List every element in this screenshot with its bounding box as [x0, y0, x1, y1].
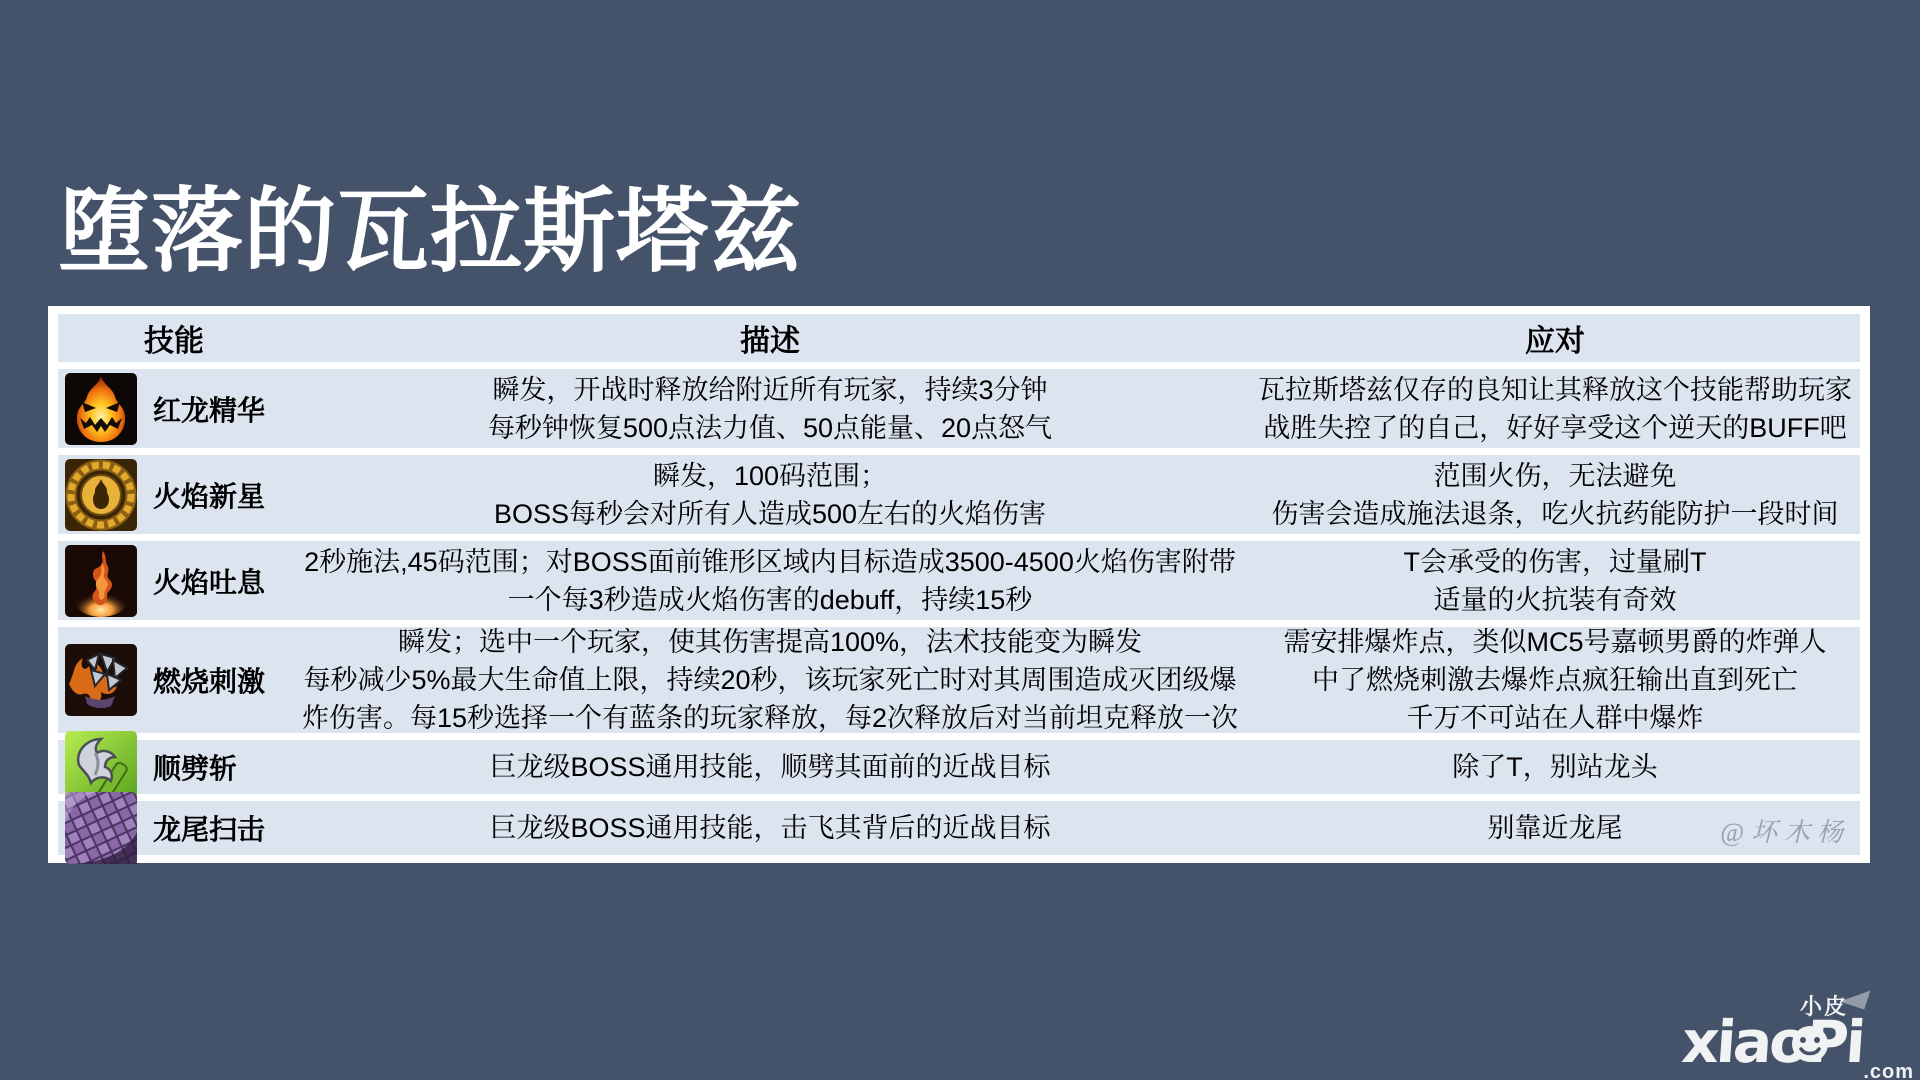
- desc-line: 一个每3秒造成火焰伤害的debuff，持续15秒: [508, 581, 1033, 619]
- response-line: T会承受的伤害，过量刷T: [1404, 543, 1707, 581]
- flame-breath-icon: [65, 545, 137, 617]
- page-title: 堕落的瓦拉斯塔兹: [58, 158, 802, 290]
- desc-line: 瞬发，100码范围；: [653, 457, 887, 495]
- desc-line: 瞬发，开战时释放给附近所有玩家，持续3分钟: [492, 371, 1047, 409]
- fire-nova-icon: [65, 459, 137, 531]
- burning-adrenaline-icon: [65, 644, 137, 716]
- desc-line: 巨龙级BOSS通用技能，顺劈其面前的近战目标: [489, 748, 1050, 786]
- boss-skills-table: 技能 描述 应对 红龙精华 瞬发，开战时: [48, 306, 1870, 863]
- response-line: 范围火伤，无法避免: [1434, 457, 1677, 495]
- response-line: 伤害会造成施法退条，吃火抗药能防护一段时间: [1272, 495, 1839, 533]
- desc-line: BOSS每秒会对所有人造成500左右的火焰伤害: [494, 495, 1046, 533]
- header-description-label: 描述: [740, 316, 800, 360]
- table-header-row: 技能 描述 应对: [58, 314, 1860, 362]
- logo-main-text: xiaoPi: [1680, 1008, 1865, 1076]
- skill-name: 火焰新星: [153, 475, 265, 515]
- slide: { "page": { "title": "堕落的瓦拉斯塔兹", "backgr…: [0, 0, 1920, 1080]
- table-row: 燃烧刺激 瞬发；选中一个玩家，使其伤害提高100%，法术技能变为瞬发 每秒减少5…: [58, 627, 1860, 733]
- skill-name: 顺劈斩: [153, 747, 237, 787]
- header-skill: 技能: [58, 314, 290, 362]
- skill-name: 红龙精华: [153, 389, 265, 429]
- skill-name: 火焰吐息: [153, 561, 265, 601]
- tail-sweep-icon: [65, 792, 137, 864]
- desc-line: 每秒钟恢复500点法力值、50点能量、20点怒气: [488, 409, 1052, 447]
- response-line: 适量的火抗装有奇效: [1434, 581, 1677, 619]
- table-row: 红龙精华 瞬发，开战时释放给附近所有玩家，持续3分钟 每秒钟恢复500点法力值、…: [58, 369, 1860, 448]
- desc-line: 巨龙级BOSS通用技能，击飞其背后的近战目标: [489, 809, 1050, 847]
- header-description: 描述: [290, 314, 1250, 362]
- author-signature: @坏木杨: [1720, 812, 1850, 849]
- logo-com-text: .com: [1863, 1061, 1914, 1080]
- desc-line: 2秒施法,45码范围；对BOSS面前锥形区域内目标造成3500-4500火焰伤害…: [304, 543, 1236, 581]
- table-row: 龙尾扫击 巨龙级BOSS通用技能，击飞其背后的近战目标 别靠近龙尾: [58, 801, 1860, 855]
- xiaopi-logo: 小皮 xiaoPi .com: [1682, 990, 1918, 1080]
- desc-line: 每秒减少5%最大生命值上限，持续20秒，该玩家死亡时对其周围造成灭团级爆: [303, 661, 1236, 699]
- table-row: 顺劈斩 巨龙级BOSS通用技能，顺劈其面前的近战目标 除了T，别站龙头: [58, 740, 1860, 794]
- table-row: 火焰新星 瞬发，100码范围； BOSS每秒会对所有人造成500左右的火焰伤害 …: [58, 455, 1860, 534]
- header-response: 应对: [1250, 314, 1860, 362]
- logo-smiley-icon: [1790, 1024, 1830, 1064]
- header-response-label: 应对: [1525, 316, 1585, 360]
- desc-line: 炸伤害。每15秒选择一个有蓝条的玩家释放，每2次释放后对当前坦克释放一次: [302, 699, 1238, 737]
- response-line: 千万不可站在人群中爆炸: [1407, 699, 1704, 737]
- response-line: 需安排爆炸点，类似MC5号嘉顿男爵的炸弹人: [1283, 623, 1826, 661]
- table-row: 火焰吐息 2秒施法,45码范围；对BOSS面前锥形区域内目标造成3500-450…: [58, 541, 1860, 620]
- header-skill-label: 技能: [144, 316, 204, 360]
- red-dragon-essence-icon: [65, 373, 137, 445]
- response-line: 战胜失控了的自己，好好享受这个逆天的BUFF吧: [1263, 409, 1847, 447]
- response-line: 别靠近龙尾: [1488, 809, 1623, 847]
- response-line: 瓦拉斯塔兹仅存的良知让其释放这个技能帮助玩家: [1258, 371, 1852, 409]
- response-line: 除了T，别站龙头: [1452, 748, 1658, 786]
- skill-name: 龙尾扫击: [153, 808, 265, 848]
- desc-line: 瞬发；选中一个玩家，使其伤害提高100%，法术技能变为瞬发: [398, 623, 1142, 661]
- response-line: 中了燃烧刺激去爆炸点疯狂输出直到死亡: [1312, 661, 1798, 699]
- skill-name: 燃烧刺激: [153, 660, 265, 700]
